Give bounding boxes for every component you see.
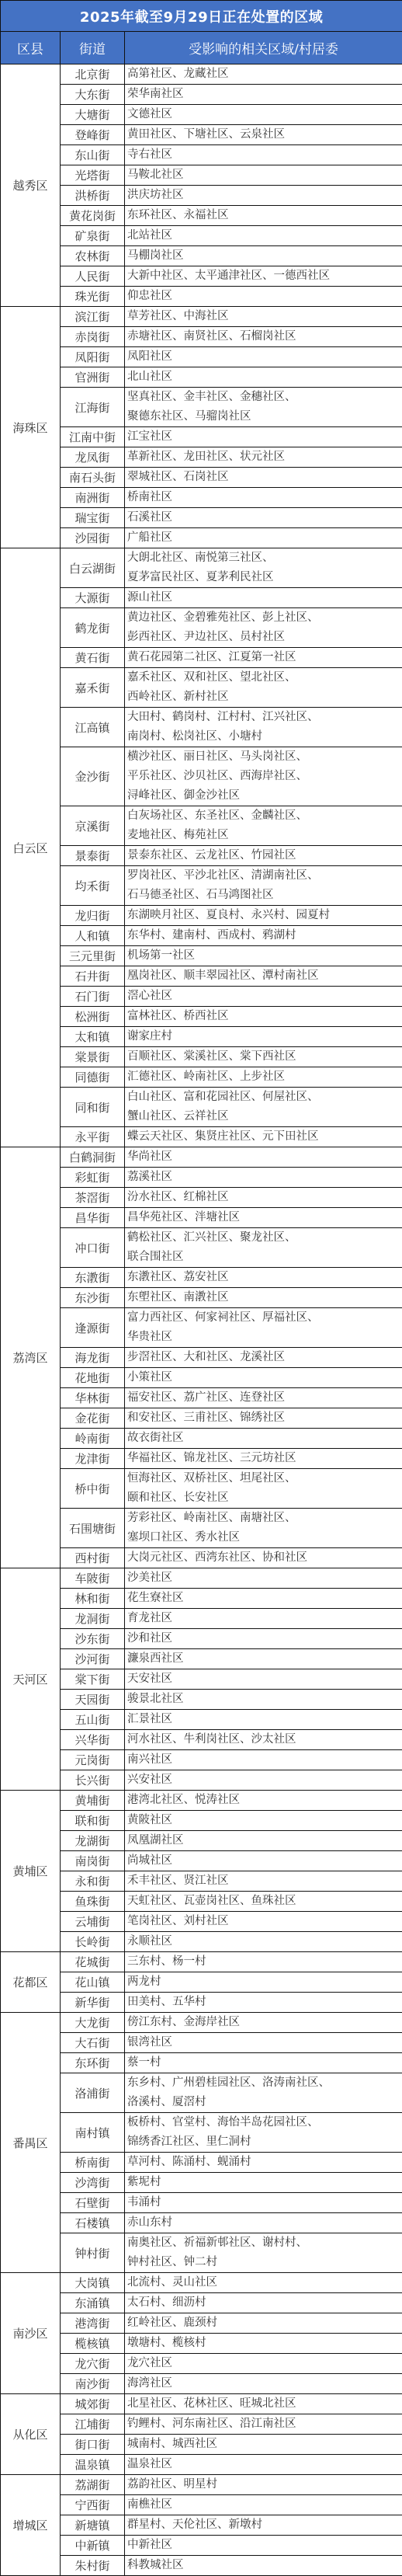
areas-line: 钓鲤村、河东南社区、沿江南社区 <box>127 2414 402 2434</box>
table-row: 桥中街恒海社区、双桥社区、坦尾社区、颐和社区、长安社区 <box>1 1469 402 1509</box>
table-row: 彩虹街荔溪社区 <box>1 1168 402 1188</box>
table-row: 太和镇谢家庄村 <box>1 1027 402 1047</box>
areas-line: 科教城社区 <box>127 2556 402 2575</box>
street-cell: 赤岗街 <box>61 327 125 347</box>
areas-line: 步滘社区、大和社区、龙溪社区 <box>127 1348 402 1367</box>
table-row: 花都区花城街三东村、杨一村 <box>1 1952 402 1972</box>
street-cell: 官洲街 <box>61 367 125 388</box>
affected-areas-table: 2025年截至9月29日正在处置的区域 区县 街道 受影响的相关区域/村居委 越… <box>0 0 402 2576</box>
areas-line: 温泉社区 <box>127 2455 402 2474</box>
street-cell: 白云湖街 <box>61 548 125 588</box>
column-header-district: 区县 <box>1 32 61 64</box>
areas-cell: 东湖映月社区、夏良村、永兴村、园夏村 <box>125 906 402 926</box>
district-cell: 番禺区 <box>1 2013 61 2273</box>
table-row: 龙归街东湖映月社区、夏良村、永兴村、园夏村 <box>1 906 402 926</box>
areas-line: 东华村、建南村、西成村、鸦湖村 <box>127 926 402 945</box>
table-row: 花地街小策社区 <box>1 1368 402 1388</box>
areas-line: 黄陂社区 <box>127 1811 402 1830</box>
street-cell: 彩虹街 <box>61 1168 125 1188</box>
areas-line: 凰岗社区、顺丰翠园社区、潭村南社区 <box>127 966 402 986</box>
district-cell: 海珠区 <box>1 307 61 548</box>
street-cell: 石门街 <box>61 987 125 1007</box>
table-row: 棠景街百顺社区、棠溪社区、棠下西社区 <box>1 1047 402 1067</box>
areas-cell: 禾丰社区、贤江社区 <box>125 1871 402 1892</box>
table-row: 越秀区北京街高第社区、龙藏社区 <box>1 64 402 85</box>
table-row: 南村镇板桥村、官堂村、海怡半岛花园社区、锦绣香江社区、里仁洞村 <box>1 2113 402 2153</box>
street-cell: 大塘街 <box>61 105 125 125</box>
areas-line: 尚城社区 <box>127 1851 402 1871</box>
table-row: 赤岗街赤塘社区、南贤社区、石榴岗社区 <box>1 327 402 347</box>
areas-line: 滘心社区 <box>127 987 402 1006</box>
areas-line: 草芳社区、中海社区 <box>127 307 402 326</box>
table-row: 嘉禾街嘉禾社区、双和社区、望北社区、西岭社区、新村社区 <box>1 668 402 708</box>
areas-cell: 草河村、陈涌村、蚬涌村 <box>125 2153 402 2173</box>
table-row: 三元里街机场第一社区 <box>1 946 402 966</box>
areas-cell: 东乡村、广州碧桂园社区、洛涛南社区、洛溪村、厦滘村 <box>125 2073 402 2113</box>
table-row: 龙穴街龙穴社区 <box>1 2354 402 2374</box>
areas-line: 南岗村、松岗社区、小塘村 <box>127 727 402 747</box>
street-cell: 林和街 <box>61 1589 125 1609</box>
areas-cell: 东漖社区、荔安社区 <box>125 1268 402 1288</box>
areas-line: 仰忠社区 <box>127 287 402 306</box>
areas-cell: 蔡一村 <box>125 2053 402 2073</box>
areas-line: 沙美社区 <box>127 1568 402 1588</box>
table-row: 松洲街富林社区、桥西社区 <box>1 1007 402 1027</box>
table-row: 茶滘街汾水社区、红棉社区 <box>1 1188 402 1208</box>
street-cell: 洪桥街 <box>61 186 125 206</box>
street-cell: 华林街 <box>61 1388 125 1408</box>
table-row: 鱼珠街天虹社区、瓦壶岗社区、鱼珠社区 <box>1 1892 402 1912</box>
areas-line: 广船社区 <box>127 528 402 548</box>
areas-cell: 笔岗社区、刘村社区 <box>125 1912 402 1932</box>
areas-line: 和安社区、三甫社区、锦绣社区 <box>127 1408 402 1428</box>
district-cell: 增城区 <box>1 2475 61 2576</box>
street-cell: 大龙街 <box>61 2013 125 2033</box>
street-cell: 南石头街 <box>61 468 125 488</box>
areas-cell: 机场第一社区 <box>125 946 402 966</box>
areas-cell: 赤山东村 <box>125 2213 402 2233</box>
street-cell: 榄核镇 <box>61 2334 125 2354</box>
areas-cell: 中新社区 <box>125 2536 402 2556</box>
areas-cell: 滘心社区 <box>125 987 402 1007</box>
street-cell: 龙洞街 <box>61 1609 125 1629</box>
street-cell: 岭南街 <box>61 1429 125 1449</box>
areas-cell: 白山社区、富和花园社区、何屋社区、蟹山社区、云祥社区 <box>125 1088 402 1127</box>
areas-cell: 港湾北社区、悦涛社区 <box>125 1791 402 1811</box>
street-cell: 昌华街 <box>61 1208 125 1228</box>
areas-cell: 北山社区 <box>125 367 402 388</box>
areas-line: 中新社区 <box>127 2536 402 2555</box>
street-cell: 石楼镇 <box>61 2213 125 2233</box>
areas-line: 寺右社区 <box>127 145 402 165</box>
areas-line: 笔岗社区、刘村社区 <box>127 1912 402 1931</box>
street-cell: 沙湾街 <box>61 2173 125 2193</box>
table-row: 南洲街桥南社区 <box>1 488 402 508</box>
areas-cell: 尚城社区 <box>125 1851 402 1871</box>
areas-cell: 沙和社区 <box>125 1629 402 1649</box>
areas-line: 华尚社区 <box>127 1147 402 1167</box>
areas-cell: 沙美社区 <box>125 1568 402 1589</box>
areas-line: 韦涌村 <box>127 2193 402 2212</box>
table-row: 永和街禾丰社区、贤江社区 <box>1 1871 402 1892</box>
areas-line: 河水社区、牛利岗社区、沙太社区 <box>127 1730 402 1749</box>
table-row: 东涌镇太石村、细沥村 <box>1 2293 402 2313</box>
street-cell: 登峰街 <box>61 125 125 145</box>
areas-line: 港湾北社区、悦涛社区 <box>127 1791 402 1810</box>
district-cell: 从化区 <box>1 2394 61 2475</box>
areas-line: 蝶云天社区、集贤庄社区、元下田社区 <box>127 1127 402 1147</box>
areas-line: 华贵社区 <box>127 1328 402 1347</box>
table-row: 沙园街广船社区 <box>1 528 402 548</box>
areas-line: 鹤松社区、汇兴社区、聚龙社区、 <box>127 1228 402 1248</box>
table-row: 荔湾区白鹤洞街华尚社区 <box>1 1147 402 1168</box>
areas-line: 罗岗社区、平沙北社区、清湖南社区、 <box>127 866 402 886</box>
areas-line: 白灰场社区、东圣社区、金麟社区、 <box>127 806 402 826</box>
table-row: 登峰街黄田社区、下塘社区、云泉社区 <box>1 125 402 145</box>
street-cell: 人民街 <box>61 266 125 287</box>
district-cell: 南沙区 <box>1 2273 61 2394</box>
street-cell: 联和街 <box>61 1811 125 1831</box>
street-cell: 龙归街 <box>61 906 125 926</box>
table-row: 新塘镇群星村、天伦社区、新墩村 <box>1 2515 402 2536</box>
areas-line: 小策社区 <box>127 1368 402 1387</box>
street-cell: 江南中街 <box>61 427 125 447</box>
table-row: 白云区白云湖街大朗北社区、南悦第三社区、夏茅富民社区、夏茅利民社区 <box>1 548 402 588</box>
table-row: 石井街凰岗社区、顺丰翠园社区、潭村南社区 <box>1 966 402 987</box>
street-cell: 永和街 <box>61 1871 125 1892</box>
areas-line: 两龙村 <box>127 1972 402 1992</box>
street-cell: 逢源街 <box>61 1308 125 1348</box>
table-row: 南岗街尚城社区 <box>1 1851 402 1871</box>
table-row: 朱村街科教城社区 <box>1 2556 402 2576</box>
areas-cell: 兴安社区 <box>125 1770 402 1791</box>
street-cell: 东漖街 <box>61 1268 125 1288</box>
table-row: 中新镇中新社区 <box>1 2536 402 2556</box>
areas-cell: 仰忠社区 <box>125 287 402 307</box>
areas-line: 北山社区 <box>127 367 402 387</box>
table-row: 昌华街昌华苑社区、泮塘社区 <box>1 1208 402 1228</box>
street-cell: 鱼珠街 <box>61 1892 125 1912</box>
areas-cell: 三东村、杨一村 <box>125 1952 402 1972</box>
street-cell: 沙园街 <box>61 528 125 548</box>
table-row: 棠下街天安社区 <box>1 1669 402 1690</box>
areas-line: 钟村社区、钟二村 <box>127 2253 402 2272</box>
table-row: 瑞宝街石溪社区 <box>1 508 402 528</box>
areas-line: 平乐社区、沙贝社区、西海岸社区、 <box>127 767 402 786</box>
areas-cell: 谢家庄村 <box>125 1027 402 1047</box>
street-cell: 均禾街 <box>61 866 125 906</box>
street-cell: 珠光街 <box>61 287 125 307</box>
table-row: 矿泉街北站社区 <box>1 226 402 246</box>
areas-cell: 昌华苑社区、泮塘社区 <box>125 1208 402 1228</box>
table-row: 江高镇大田村、鹤岗村、江村村、江兴社区、南岗村、松岗社区、小塘村 <box>1 708 402 747</box>
table-row: 黄埔区黄埔街港湾北社区、悦涛社区 <box>1 1791 402 1811</box>
street-cell: 东沙街 <box>61 1288 125 1308</box>
street-cell: 洛浦街 <box>61 2073 125 2113</box>
table-row: 街口街城南村、城西社区 <box>1 2435 402 2455</box>
areas-line: 锦绣香江社区、里仁洞村 <box>127 2132 402 2152</box>
areas-cell: 嘉禾社区、双和社区、望北社区、西岭社区、新村社区 <box>125 668 402 708</box>
areas-line: 荔韵社区、明星村 <box>127 2475 402 2494</box>
areas-line: 石溪社区 <box>127 508 402 527</box>
areas-cell: 鹤松社区、汇兴社区、聚龙社区、联合围社区 <box>125 1228 402 1268</box>
street-cell: 石井街 <box>61 966 125 987</box>
areas-cell: 革新社区、龙田社区、状元社区 <box>125 447 402 468</box>
street-cell: 钟村街 <box>61 2233 125 2273</box>
areas-line: 红岭社区、鹿颈村 <box>127 2313 402 2333</box>
street-cell: 龙凤街 <box>61 447 125 468</box>
areas-line: 群星村、天伦社区、新墩村 <box>127 2515 402 2535</box>
street-cell: 大东街 <box>61 85 125 105</box>
areas-cell: 骏景北社区 <box>125 1690 402 1710</box>
areas-line: 大新中社区、太平通津社区、一德西社区 <box>127 266 402 286</box>
street-cell: 车陂街 <box>61 1568 125 1589</box>
areas-line: 浔峰社区、御金沙社区 <box>127 786 402 806</box>
areas-cell: 南兴社区 <box>125 1750 402 1770</box>
street-cell: 太和镇 <box>61 1027 125 1047</box>
areas-line: 墩塘村、榄核村 <box>127 2334 402 2353</box>
street-cell: 江海街 <box>61 388 125 427</box>
areas-line: 北星社区、花林社区、旺城北社区 <box>127 2394 402 2414</box>
areas-cell: 百顺社区、棠溪社区、棠下西社区 <box>125 1047 402 1067</box>
street-cell: 兴华街 <box>61 1730 125 1750</box>
street-cell: 西村街 <box>61 1548 125 1568</box>
areas-cell: 蝶云天社区、集贤庄社区、元下田社区 <box>125 1127 402 1147</box>
table-row: 江海街坚真社区、金丰社区、金穗社区、聚德东社区、马骝岗社区 <box>1 388 402 427</box>
table-row: 江南中街江宝社区 <box>1 427 402 447</box>
areas-line: 富力西社区、何家祠社区、厚福社区、 <box>127 1308 402 1328</box>
table-row: 港湾街红岭社区、鹿颈村 <box>1 2313 402 2334</box>
table-row: 榄核镇墩塘村、榄核村 <box>1 2334 402 2354</box>
district-cell: 荔湾区 <box>1 1147 61 1568</box>
table-row: 兴华街河水社区、牛利岗社区、沙太社区 <box>1 1730 402 1750</box>
areas-cell: 田美村、五华村 <box>125 1993 402 2013</box>
areas-cell: 华尚社区 <box>125 1147 402 1168</box>
street-cell: 新华街 <box>61 1993 125 2013</box>
street-cell: 同和街 <box>61 1088 125 1127</box>
areas-cell: 紫坭村 <box>125 2173 402 2193</box>
areas-cell: 南奥社区、祈福新邨社区、谢村村、钟村社区、钟二村 <box>125 2233 402 2273</box>
table-row: 番禺区大龙街傍江东村、金海岸社区 <box>1 2013 402 2033</box>
street-cell: 天园街 <box>61 1690 125 1710</box>
areas-cell: 横沙社区、丽日社区、马头岗社区、平乐社区、沙贝社区、西海岸社区、浔峰社区、御金沙… <box>125 747 402 806</box>
areas-cell: 凤凰湖社区 <box>125 1831 402 1851</box>
areas-line: 芳彩社区、岭南社区、南塘社区、 <box>127 1509 402 1528</box>
areas-cell: 大田村、鹤岗村、江村村、江兴社区、南岗村、松岗社区、小塘村 <box>125 708 402 747</box>
areas-cell: 永顺社区 <box>125 1932 402 1952</box>
areas-cell: 白灰场社区、东圣社区、金麟社区、麦地社区、梅苑社区 <box>125 806 402 846</box>
areas-line: 颐和社区、长安社区 <box>127 1488 402 1508</box>
street-cell: 黄花岗街 <box>61 206 125 226</box>
table-row: 长兴街兴安社区 <box>1 1770 402 1791</box>
street-cell: 白鹤洞街 <box>61 1147 125 1168</box>
areas-line: 华福社区、锦龙社区、三元坊社区 <box>127 1449 402 1468</box>
areas-line: 坚真社区、金丰社区、金穗社区、 <box>127 388 402 407</box>
table-row: 温泉镇温泉社区 <box>1 2455 402 2475</box>
areas-line: 福安社区、荔广社区、连登社区 <box>127 1388 402 1408</box>
areas-line: 塞坝口社区、秀水社区 <box>127 1528 402 1547</box>
street-cell: 松洲街 <box>61 1007 125 1027</box>
table-row: 东漖街东漖社区、荔安社区 <box>1 1268 402 1288</box>
areas-cell: 凤阳社区 <box>125 347 402 367</box>
areas-cell: 步滘社区、大和社区、龙溪社区 <box>125 1348 402 1368</box>
street-cell: 港湾街 <box>61 2313 125 2334</box>
areas-line: 马棚岗社区 <box>127 246 402 266</box>
areas-cell: 天安社区 <box>125 1669 402 1690</box>
street-cell: 大岗镇 <box>61 2273 125 2293</box>
areas-cell: 富林社区、桥西社区 <box>125 1007 402 1027</box>
street-cell: 金沙街 <box>61 747 125 806</box>
street-cell: 东涌镇 <box>61 2293 125 2313</box>
areas-line: 白山社区、富和花园社区、何屋社区、 <box>127 1088 402 1107</box>
areas-line: 天安社区 <box>127 1669 402 1689</box>
areas-line: 凤凰湖社区 <box>127 1831 402 1850</box>
areas-line: 洪庆坊社区 <box>127 186 402 205</box>
table-row: 均禾街罗岗社区、平沙北社区、清湖南社区、石马德圣社区、石马鸿图社区 <box>1 866 402 906</box>
street-cell: 桥南街 <box>61 2153 125 2173</box>
areas-line: 蔡一村 <box>127 2053 402 2073</box>
table-row: 新华街田美村、五华村 <box>1 1993 402 2013</box>
street-cell: 五山街 <box>61 1710 125 1730</box>
street-cell: 荔湖街 <box>61 2475 125 2495</box>
table-row: 鹤龙街黄边社区、金碧雅苑社区、彭上社区、彭西社区、尹边社区、员村社区 <box>1 608 402 648</box>
areas-cell: 凰岗社区、顺丰翠园社区、潭村南社区 <box>125 966 402 987</box>
table-row: 凤阳街凤阳社区 <box>1 347 402 367</box>
table-row: 逢源街富力西社区、何家祠社区、厚福社区、华贵社区 <box>1 1308 402 1348</box>
table-row: 大塘街文德社区 <box>1 105 402 125</box>
areas-line: 故衣街社区 <box>127 1429 402 1448</box>
table-row: 五山街汇景社区 <box>1 1710 402 1730</box>
street-cell: 黄石街 <box>61 648 125 668</box>
street-cell: 三元里街 <box>61 946 125 966</box>
areas-line: 海湾社区 <box>127 2374 402 2393</box>
areas-cell: 河水社区、牛利岗社区、沙太社区 <box>125 1730 402 1750</box>
areas-cell: 板桥村、官堂村、海怡半岛花园社区、锦绣香江社区、里仁洞村 <box>125 2113 402 2153</box>
areas-cell: 傍江东村、金海岸社区 <box>125 2013 402 2033</box>
areas-line: 黄石花园第二社区、江夏第一社区 <box>127 648 402 667</box>
areas-line: 草河村、陈涌村、蚬涌村 <box>127 2153 402 2172</box>
street-cell: 滨江街 <box>61 307 125 327</box>
table-row: 人民街大新中社区、太平通津社区、一德西社区 <box>1 266 402 287</box>
areas-cell: 洪庆坊社区 <box>125 186 402 206</box>
areas-cell: 育龙社区 <box>125 1609 402 1629</box>
street-cell: 凤阳街 <box>61 347 125 367</box>
areas-cell: 海湾社区 <box>125 2374 402 2394</box>
areas-line: 城南村、城西社区 <box>127 2435 402 2454</box>
areas-line: 恒海社区、双桥社区、坦尾社区、 <box>127 1469 402 1488</box>
table-row: 元岗街南兴社区 <box>1 1750 402 1770</box>
street-cell: 元岗街 <box>61 1750 125 1770</box>
areas-cell: 天虹社区、瓦壶岗社区、鱼珠社区 <box>125 1892 402 1912</box>
table-row: 云埔街笔岗社区、刘村社区 <box>1 1912 402 1932</box>
areas-line: 大岗元社区、西湾东社区、协和社区 <box>127 1548 402 1568</box>
street-cell: 京溪街 <box>61 806 125 846</box>
table-row: 龙洞街育龙社区 <box>1 1609 402 1629</box>
table-row: 同德街汇德社区、岭南社区、上步社区 <box>1 1067 402 1088</box>
areas-cell: 红岭社区、鹿颈村 <box>125 2313 402 2334</box>
areas-cell: 太石村、细沥村 <box>125 2293 402 2313</box>
areas-line: 南兴社区 <box>127 1750 402 1770</box>
areas-cell: 黄田社区、下塘社区、云泉社区 <box>125 125 402 145</box>
areas-cell: 东环社区、永福社区 <box>125 206 402 226</box>
table-row: 龙津街华福社区、锦龙社区、三元坊社区 <box>1 1449 402 1469</box>
street-cell: 大源街 <box>61 588 125 608</box>
areas-cell: 福安社区、荔广社区、连登社区 <box>125 1388 402 1408</box>
areas-line: 谢家庄村 <box>127 1027 402 1046</box>
areas-cell: 荔韵社区、明星村 <box>125 2475 402 2495</box>
street-cell: 农林街 <box>61 246 125 266</box>
district-cell: 白云区 <box>1 548 61 1147</box>
areas-cell: 荣华南社区 <box>125 85 402 105</box>
areas-line: 大朗北社区、南悦第三社区、 <box>127 548 402 568</box>
areas-line: 赤山东村 <box>127 2213 402 2233</box>
street-cell: 龙津街 <box>61 1449 125 1469</box>
street-cell: 石壁街 <box>61 2193 125 2213</box>
street-cell: 光塔街 <box>61 165 125 186</box>
table-row: 洪桥街洪庆坊社区 <box>1 186 402 206</box>
areas-line: 夏茅富民社区、夏茅利民社区 <box>127 568 402 587</box>
areas-line: 田美村、五华村 <box>127 1993 402 2012</box>
street-cell: 花地街 <box>61 1368 125 1388</box>
street-cell: 沙东街 <box>61 1629 125 1649</box>
table-row: 桥南街草河村、陈涌村、蚬涌村 <box>1 2153 402 2173</box>
areas-line: 石马德圣社区、石马鸿图社区 <box>127 886 402 905</box>
areas-line: 凤阳社区 <box>127 347 402 367</box>
table-body: 越秀区北京街高第社区、龙藏社区大东街荣华南社区大塘街文德社区登峰街黄田社区、下塘… <box>1 64 402 2576</box>
areas-cell: 花生寮社区 <box>125 1589 402 1609</box>
areas-line: 机场第一社区 <box>127 946 402 966</box>
areas-line: 东漖社区、荔安社区 <box>127 1268 402 1287</box>
areas-line: 黄田社区、下塘社区、云泉社区 <box>127 125 402 144</box>
street-cell: 人和镇 <box>61 926 125 946</box>
areas-line: 东乡村、广州碧桂园社区、洛涛南社区、 <box>127 2073 402 2093</box>
areas-cell: 江宝社区 <box>125 427 402 447</box>
areas-line: 天虹社区、瓦壶岗社区、鱼珠社区 <box>127 1892 402 1911</box>
table-row: 洛浦街东乡村、广州碧桂园社区、洛涛南社区、洛溪村、厦滘村 <box>1 2073 402 2113</box>
table-row: 华林街福安社区、荔广社区、连登社区 <box>1 1388 402 1408</box>
areas-line: 紫坭村 <box>127 2173 402 2192</box>
areas-line: 赤塘社区、南贤社区、石榴岗社区 <box>127 327 402 346</box>
street-cell: 长岭街 <box>61 1932 125 1952</box>
street-cell: 棠下街 <box>61 1669 125 1690</box>
street-cell: 同德街 <box>61 1067 125 1088</box>
table-row: 岭南街故衣街社区 <box>1 1429 402 1449</box>
street-cell: 宁西街 <box>61 2495 125 2515</box>
areas-line: 三东村、杨一村 <box>127 1952 402 1972</box>
street-cell: 棠景街 <box>61 1047 125 1067</box>
areas-cell: 赤塘社区、南贤社区、石榴岗社区 <box>125 327 402 347</box>
areas-cell: 文德社区 <box>125 105 402 125</box>
table-row: 长岭街永顺社区 <box>1 1932 402 1952</box>
areas-line: 育龙社区 <box>127 1609 402 1628</box>
street-cell: 沙河街 <box>61 1649 125 1669</box>
areas-cell: 北站社区 <box>125 226 402 246</box>
areas-line: 东环社区、永福社区 <box>127 206 402 225</box>
table-row: 石壁街韦涌村 <box>1 2193 402 2213</box>
table-row: 海龙街步滘社区、大和社区、龙溪社区 <box>1 1348 402 1368</box>
areas-line: 江宝社区 <box>127 427 402 447</box>
street-cell: 鹤龙街 <box>61 608 125 648</box>
areas-cell: 和安社区、三甫社区、锦绣社区 <box>125 1408 402 1429</box>
district-cell: 越秀区 <box>1 64 61 307</box>
areas-cell: 故衣街社区 <box>125 1429 402 1449</box>
areas-line: 南樵社区 <box>127 2495 402 2515</box>
table-row: 从化区城郊街北星社区、花林社区、旺城北社区 <box>1 2394 402 2414</box>
street-cell: 南沙街 <box>61 2374 125 2394</box>
areas-line: 永顺社区 <box>127 1932 402 1951</box>
street-cell: 中新镇 <box>61 2536 125 2556</box>
street-cell: 茶滘街 <box>61 1188 125 1208</box>
